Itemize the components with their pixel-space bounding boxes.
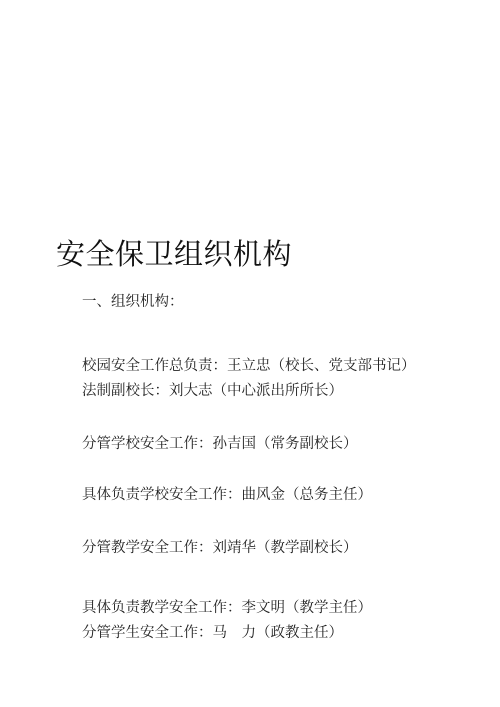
org-line-legal-vice-principal: 法制副校长：刘大志（中心派出所所长） [82,381,343,401]
document-page: 安全保卫组织机构 一、组织机构： 校园安全工作总负责：王立忠（校长、党支部书记）… [0,0,500,707]
org-line-student-safety-supervisor: 分管学生安全工作：马 力（政教主任） [82,623,343,643]
section-heading: 一、组织机构： [82,292,184,312]
org-line-school-safety-responsible: 具体负责学校安全工作：曲风金（总务主任） [82,485,372,505]
org-line-teaching-safety-supervisor: 分管教学安全工作：刘靖华（教学副校长） [82,538,358,558]
org-line-overall-responsible: 校园安全工作总负责：王立忠（校长、党支部书记） [82,356,416,376]
org-line-school-safety-supervisor: 分管学校安全工作：孙吉国（常务副校长） [82,434,358,454]
document-title: 安全保卫组织机构 [56,236,292,272]
org-line-teaching-safety-responsible: 具体负责教学安全工作：李文明（教学主任） [82,598,372,618]
